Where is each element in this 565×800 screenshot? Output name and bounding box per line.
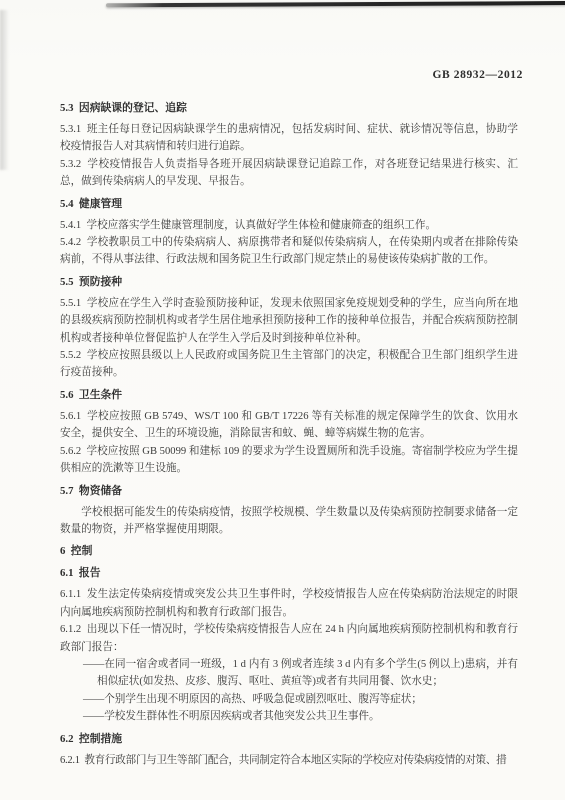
scanned-document-page: GB 28932—2012 5.3 因病缺课的登记、追踪 5.3.1 班主任每日… [0,0,565,800]
clause-5-6-1: 5.6.1 学校应按照 GB 5749、WS/T 100 和 GB/T 1722… [60,408,518,443]
clause-5-6-2: 5.6.2 学校应按照 GB 50099 和建标 109 的要求为学生设置厕所和… [60,443,518,478]
section-heading-5-3: 5.3 因病缺课的登记、追踪 [60,100,518,117]
clause-5-5-2: 5.5.2 学校应按照县级以上人民政府或国务院卫生主管部门的决定，积极配合卫生部… [60,347,518,382]
document-body: 5.3 因病缺课的登记、追踪 5.3.1 班主任每日登记因病缺课学生的患病情况，… [60,95,518,769]
clause-5-4-2: 5.4.2 学校教职员工中的传染病病人、病原携带者和疑似传染病病人，在传染期内或… [60,234,518,269]
scan-artifact-top-line [106,1,565,7]
clause-5-4-1: 5.4.1 学校应落实学生健康管理制度，认真做好学生体检和健康筛查的组织工作。 [60,217,518,234]
section-heading-6-1: 6.1 报告 [60,565,518,582]
clause-6-2-1-truncated: 6.2.1 教育行政部门与卫生等部门配合，共同制定符合本地区实际的学校应对传染病… [60,752,518,769]
standard-code-header: GB 28932—2012 [432,69,523,81]
clause-6-1-2: 6.1.2 出现以下任一情况时，学校传染病疫情报告人应在 24 h 内向属地疾病… [60,621,518,656]
section-heading-5-7: 5.7 物资储备 [60,483,518,500]
dash-item-2: ——个别学生出现不明原因的高热、呼吸急促或剧烈呕吐、腹泻等症状； [83,691,518,708]
clause-5-7-paragraph: 学校根据可能发生的传染病疫情，按照学校规模、学生数量以及传染病预防控制要求储备一… [60,504,518,539]
clause-5-3-1: 5.3.1 班主任每日登记因病缺课学生的患病情况，包括发病时间、症状、就诊情况等… [60,121,518,156]
clause-5-5-1: 5.5.1 学校应在学生入学时查验预防接种证，发现未依照国家免疫规划受种的学生，… [60,295,518,347]
dash-item-3: ——学校发生群体性不明原因疾病或者其他突发公共卫生事件。 [83,708,518,725]
clause-5-3-2: 5.3.2 学校疫情报告人负责指导各班开展因病缺课登记追踪工作，对各班登记结果进… [60,156,518,191]
section-heading-5-5: 5.5 预防接种 [60,274,518,291]
chapter-heading-6: 6 控制 [60,543,518,560]
clause-6-1-1: 6.1.1 发生法定传染病疫情或突发公共卫生事件时，学校疫情报告人应在传染病防治… [60,586,518,621]
scan-artifact-left-shade [0,10,9,170]
section-heading-5-4: 5.4 健康管理 [60,196,518,213]
section-heading-6-2: 6.2 控制措施 [60,731,518,748]
section-heading-5-6: 5.6 卫生条件 [60,387,518,404]
dash-item-1: ——在同一宿舍或者同一班级，1 d 内有 3 例或者连续 3 d 内有多个学生(… [83,656,518,691]
